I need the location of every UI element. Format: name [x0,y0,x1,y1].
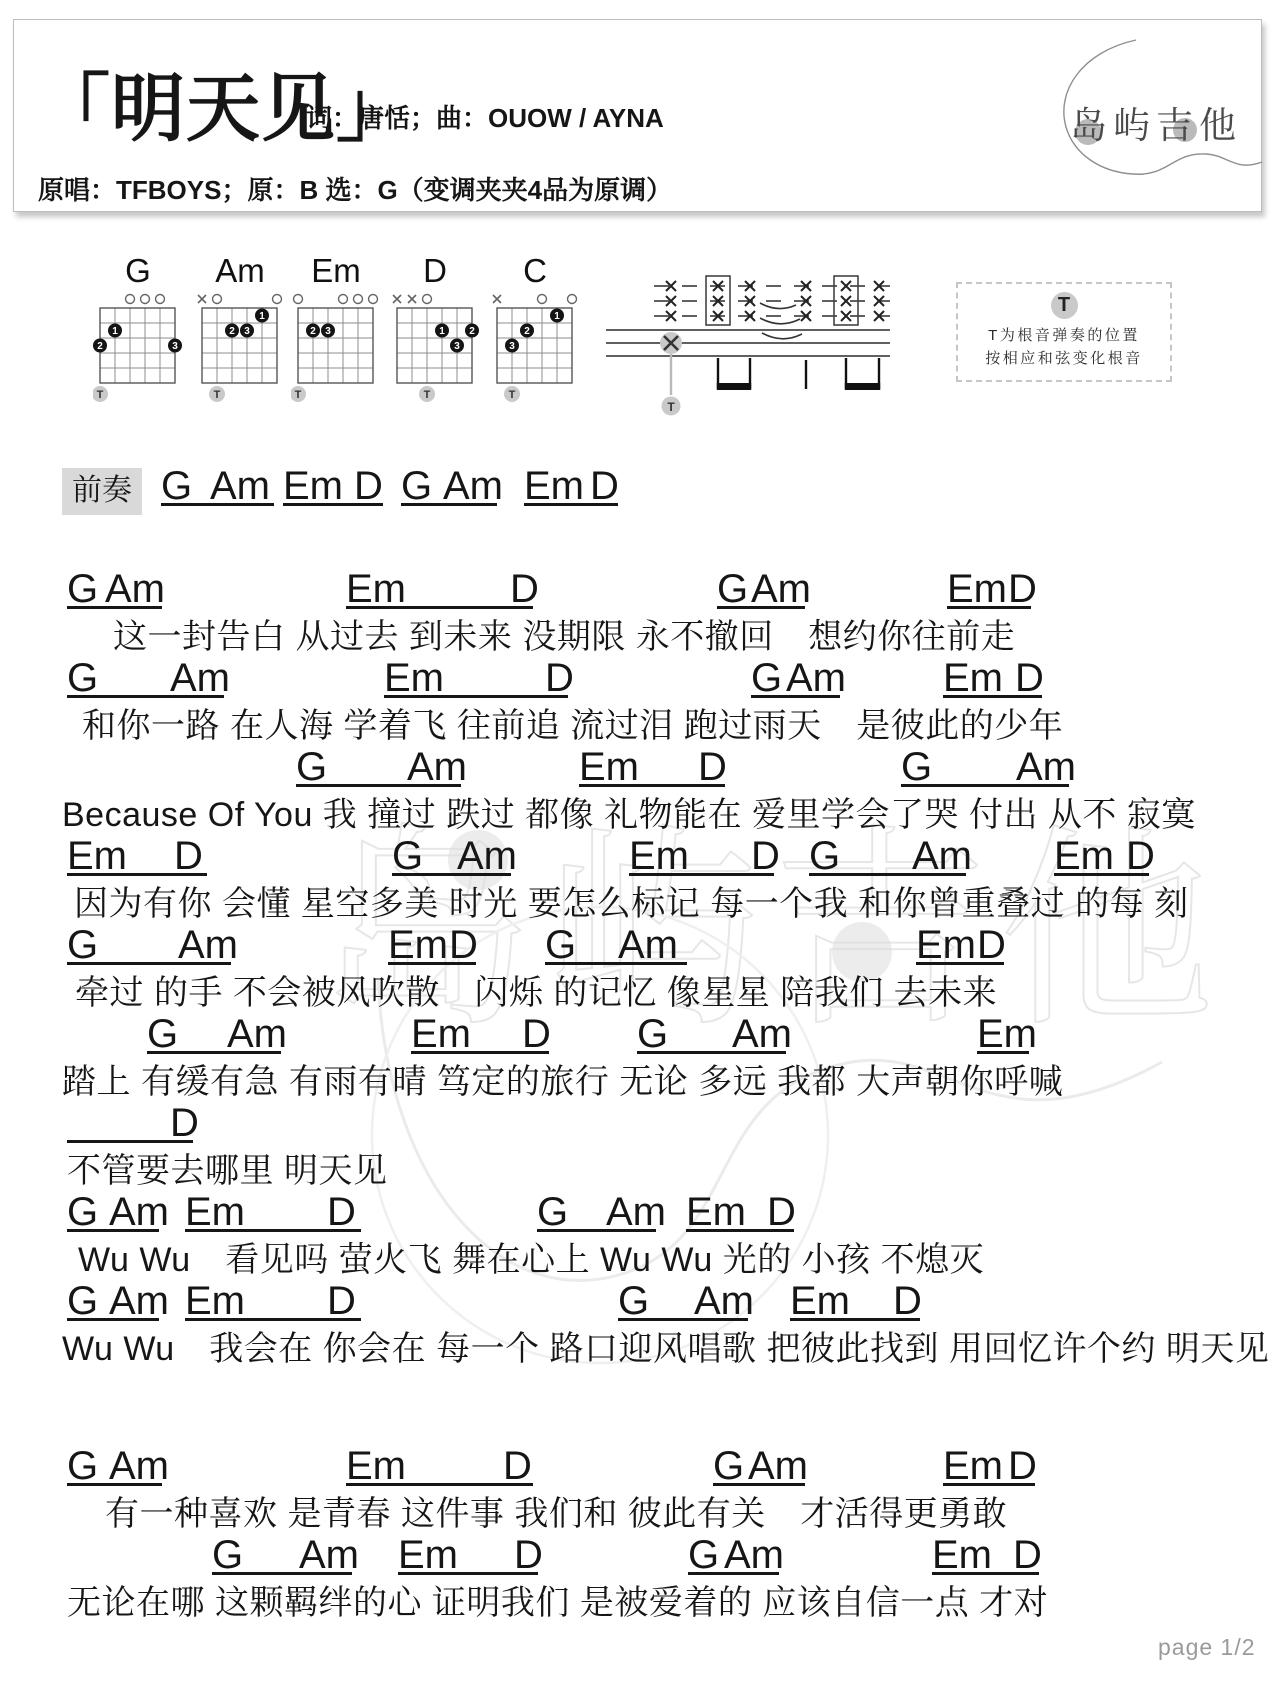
chord-symbol: Am [748,1448,808,1484]
chord-symbol: G [545,927,576,963]
chord-group: GAm [212,1537,352,1575]
chord-group: EmD [411,1016,549,1054]
chord-symbol: Em [943,660,1003,696]
chord-group: GAm [296,749,461,787]
chord-group: GAm [717,571,805,609]
chord-symbol: D [514,1537,543,1573]
chord-group: EmD [943,660,1042,698]
chord-symbol: Am [732,1016,792,1052]
chord-symbol: Em [283,468,343,504]
chord-symbol: D [767,1194,796,1230]
chord-symbol: G [67,1448,98,1484]
root-note-legend: T T为根音弹奏的位置 按相应和弦变化根音 [956,282,1172,382]
chord-group: EmD [398,1537,538,1575]
chord-symbol: G [751,660,782,696]
chord-symbol: D [354,468,383,504]
svg-text:2: 2 [97,341,103,352]
chord-name: G [93,254,183,290]
chord-symbol: D [449,927,478,963]
chord-symbol: Em [398,1537,458,1573]
chord-symbol: Am [606,1194,666,1230]
chord-group: EmD [283,468,383,506]
chord-symbol: Am [210,468,270,504]
chord-symbol: Am [407,749,467,785]
chord-name: D [390,254,480,290]
svg-text:T: T [214,389,221,401]
logo-text: 岛屿吉他 [1070,105,1242,146]
chord-symbol: Em [932,1537,992,1573]
chord-group: EmD [384,660,568,698]
chord-symbol: D [590,468,619,504]
chord-group: EmD [947,571,1031,609]
chord-symbol: Em [1054,838,1114,874]
svg-text:1: 1 [439,326,445,337]
chord-diagram-D: D123T [390,254,480,411]
lyric-line-7: 不管要去哪里 明天见 [67,1152,387,1190]
chord-symbol: G [688,1537,719,1573]
chord-symbol: G [637,1016,668,1052]
chord-group: GAm [392,838,511,876]
svg-text:1: 1 [259,311,265,322]
chord-group: GAm [901,749,1069,787]
chord-symbol: Am [912,838,972,874]
chord-symbol: Am [694,1283,754,1319]
chord-group: GAm [67,1194,159,1232]
svg-text:3: 3 [172,341,178,352]
chord-symbol: Am [170,660,230,696]
chord-symbol: Em [384,660,444,696]
chord-symbol: D [893,1283,922,1319]
svg-text:2: 2 [310,326,316,337]
lyric-line-1: 这一封告白 从过去 到未来 没期限 永不撤回 想约你往前走 [113,618,1015,656]
chord-symbol: D [170,1105,199,1141]
chord-group: EmD [388,927,476,965]
chord-symbol: D [1008,1448,1037,1484]
chord-symbol: Am [109,1448,169,1484]
chord-symbol: Em [185,1283,245,1319]
chord-group: GAm [688,1537,779,1575]
chord-group: EmD [686,1194,794,1232]
chord-symbol: Em [629,838,689,874]
chord-name: Am [195,254,285,290]
legend-line-1: T为根音弹奏的位置 [958,324,1170,347]
chord-group: GAm [537,1194,656,1232]
lyric-line-2: 和你一路 在人海 学着飞 往前追 流过泪 跑过雨天 是彼此的少年 [82,707,1063,745]
chord-symbol: G [809,838,840,874]
chord-name: C [490,254,580,290]
chord-symbol: Em [67,838,127,874]
chord-symbol: Am [109,1194,169,1230]
chord-symbol: D [1126,838,1155,874]
chord-symbol: D [1013,1537,1042,1573]
chord-group: GAm [809,838,966,876]
chord-symbol: Em [524,468,584,504]
chord-group: EmD [916,927,1004,965]
chord-symbol: Am [227,1016,287,1052]
chord-group: EmD [790,1283,920,1321]
lyric-line-6: 踏上 有缓有急 有雨有晴 笃定的旅行 无论 多远 我都 大声朝你呼喊 [62,1063,1063,1101]
chord-symbol: G [713,1448,744,1484]
chord-group: GAm [751,660,840,698]
chord-symbol: D [977,927,1006,963]
chord-symbol: Em [346,1448,406,1484]
chord-diagram-Em: Em23T [291,254,381,411]
header-box: 「明天见」 词：唐恬；曲：OUOW / AYNA 原唱：TFBOYS；原：B 选… [13,19,1262,212]
chord-group: GAm [67,571,162,609]
chord-group: D [67,1105,193,1143]
chord-symbol: D [327,1194,356,1230]
chord-symbol: Em [977,1016,1037,1052]
chord-symbol: Em [346,571,406,607]
chord-group: GAm [545,927,687,965]
strumming-pattern: T [598,248,890,426]
lyric-line-5: 牵过 的手 不会被风吹散 闪烁 的记忆 像星星 陪我们 去未来 [75,974,997,1012]
chord-symbol: G [67,660,98,696]
svg-text:1: 1 [554,311,560,322]
chord-group: EmD [629,838,774,876]
chord-symbol: G [161,468,192,504]
chord-group: EmD [943,1448,1035,1486]
svg-text:2: 2 [469,326,475,337]
svg-text:2: 2 [524,326,530,337]
chord-symbol: D [545,660,574,696]
chord-symbol: Em [411,1016,471,1052]
fretboard-grid: 23T [291,290,381,406]
page-indicator: page 1/2 [1158,1634,1256,1661]
chord-group: EmD [67,838,207,876]
chord-group: GAm [713,1448,805,1486]
fretboard-grid: 123T [390,290,480,406]
chord-group: EmD [185,1283,361,1321]
chord-group: GAm [67,1448,162,1486]
chord-diagram-G: G123T [93,254,183,411]
chord-group: GAm [401,468,497,506]
chord-symbol: D [751,838,780,874]
chord-symbol: D [1008,571,1037,607]
chord-symbol: D [698,749,727,785]
chord-symbol: Em [947,571,1007,607]
lyric-line-8: Wu Wu 看见吗 萤火飞 舞在心上 Wu Wu 光的 小孩 不熄灭 [78,1241,984,1279]
chord-symbol: G [618,1283,649,1319]
svg-text:2: 2 [229,326,235,337]
chord-symbol: G [67,1283,98,1319]
svg-text:T: T [667,400,675,414]
chord-symbol: Am [751,571,811,607]
chord-symbol: Am [109,1283,169,1319]
lyric-line-3: Because Of You 我 撞过 跌过 都像 礼物能在 爱里学会了哭 付出… [62,796,1196,834]
fretboard-grid: 123T [490,290,580,406]
chord-symbol: Em [686,1194,746,1230]
svg-text:T: T [295,389,302,401]
chord-symbol: D [503,1448,532,1484]
bass-root-note: T [660,332,682,416]
origin-info: 原唱：TFBOYS；原：B 选：G（变调夹夹4品为原调） [38,170,672,207]
lyric-line-11: 无论在哪 这颗羁绊的心 证明我们 是被爱着的 应该自信一点 才对 [67,1584,1048,1622]
fretboard-grid: 123T [195,290,285,406]
svg-text:3: 3 [244,326,250,337]
tie-curves [760,303,802,339]
chord-group: GAm [637,1016,786,1054]
chord-symbol: G [717,571,748,607]
chord-symbol: Em [790,1283,850,1319]
chord-symbol: G [212,1537,243,1573]
chord-symbol: G [901,749,932,785]
chord-symbol: Am [618,927,678,963]
chord-symbol: Em [185,1194,245,1230]
chord-group: EmD [346,571,533,609]
chord-symbol: Em [916,927,976,963]
chord-symbol: G [67,571,98,607]
brand-logo: 岛屿吉他 [1036,28,1274,206]
chord-group: GAm [67,927,231,965]
svg-text:3: 3 [454,341,460,352]
chord-group: GAm [147,1016,281,1054]
chord-symbol: Am [443,468,503,504]
svg-text:T: T [509,389,516,401]
svg-text:T: T [97,389,104,401]
chord-symbol: D [510,571,539,607]
chord-symbol: Am [299,1537,359,1573]
chord-group: GAm [161,468,274,506]
chord-symbol: D [1015,660,1044,696]
chord-symbol: G [67,927,98,963]
chord-sheet-page: 岛屿吉他 「明天见」 词：唐恬；曲：OUOW / AYNA 原唱：TFBOYS；… [0,0,1280,1698]
lyric-line-9: Wu Wu 我会在 你会在 每一个 路口迎风唱歌 把彼此找到 用回忆许个约 明天… [62,1330,1269,1368]
fretboard-grid: 123T [93,290,183,406]
lyric-line-4: 因为有你 会懂 星空多美 时光 要怎么标记 每一个我 和你曾重叠过 的每 刻 [74,885,1189,923]
lyric-line-10: 有一种喜欢 是青春 这件事 我们和 彼此有关 才活得更勇敢 [105,1495,1007,1533]
chord-group: GAm [67,660,224,698]
legend-line-2: 按相应和弦变化根音 [958,347,1170,370]
chord-symbol: G [537,1194,568,1230]
chord-symbol: Em [579,749,639,785]
chord-symbol: D [174,838,203,874]
chord-symbol: Em [943,1448,1003,1484]
chord-symbol: G [147,1016,178,1052]
chord-diagram-C: C123T [490,254,580,411]
root-note-symbol: T [1051,292,1078,319]
chord-symbol: Am [457,838,517,874]
chord-group: EmD [579,749,725,787]
svg-text:3: 3 [509,341,515,352]
chord-symbol: G [392,838,423,874]
chord-group: EmD [524,468,618,506]
chord-symbol: Em [388,927,448,963]
chord-group: EmD [185,1194,361,1232]
chord-symbol: G [67,1194,98,1230]
chord-symbol: Am [178,927,238,963]
song-credits: 词：唐恬；曲：OUOW / AYNA [306,98,664,135]
chord-group: EmD [346,1448,533,1486]
chord-group: Em [977,1016,1029,1054]
chord-symbol: G [401,468,432,504]
svg-text:1: 1 [112,326,118,337]
chord-symbol: Am [105,571,165,607]
svg-text:3: 3 [325,326,331,337]
svg-text:T: T [424,389,431,401]
chord-symbol: Am [786,660,846,696]
chord-diagram-Am: Am123T [195,254,285,411]
chord-symbol: Am [1016,749,1076,785]
chord-symbol: D [327,1283,356,1319]
chord-symbol: G [296,749,327,785]
chord-group: GAm [67,1283,159,1321]
intro-label: 前奏 [62,468,142,515]
chord-group: GAm [618,1283,748,1321]
chord-symbol: D [522,1016,551,1052]
chord-name: Em [291,254,381,290]
chord-group: EmD [1054,838,1149,876]
chord-symbol: Am [724,1537,784,1573]
watermark-dot [832,922,892,982]
chord-group: EmD [932,1537,1039,1575]
